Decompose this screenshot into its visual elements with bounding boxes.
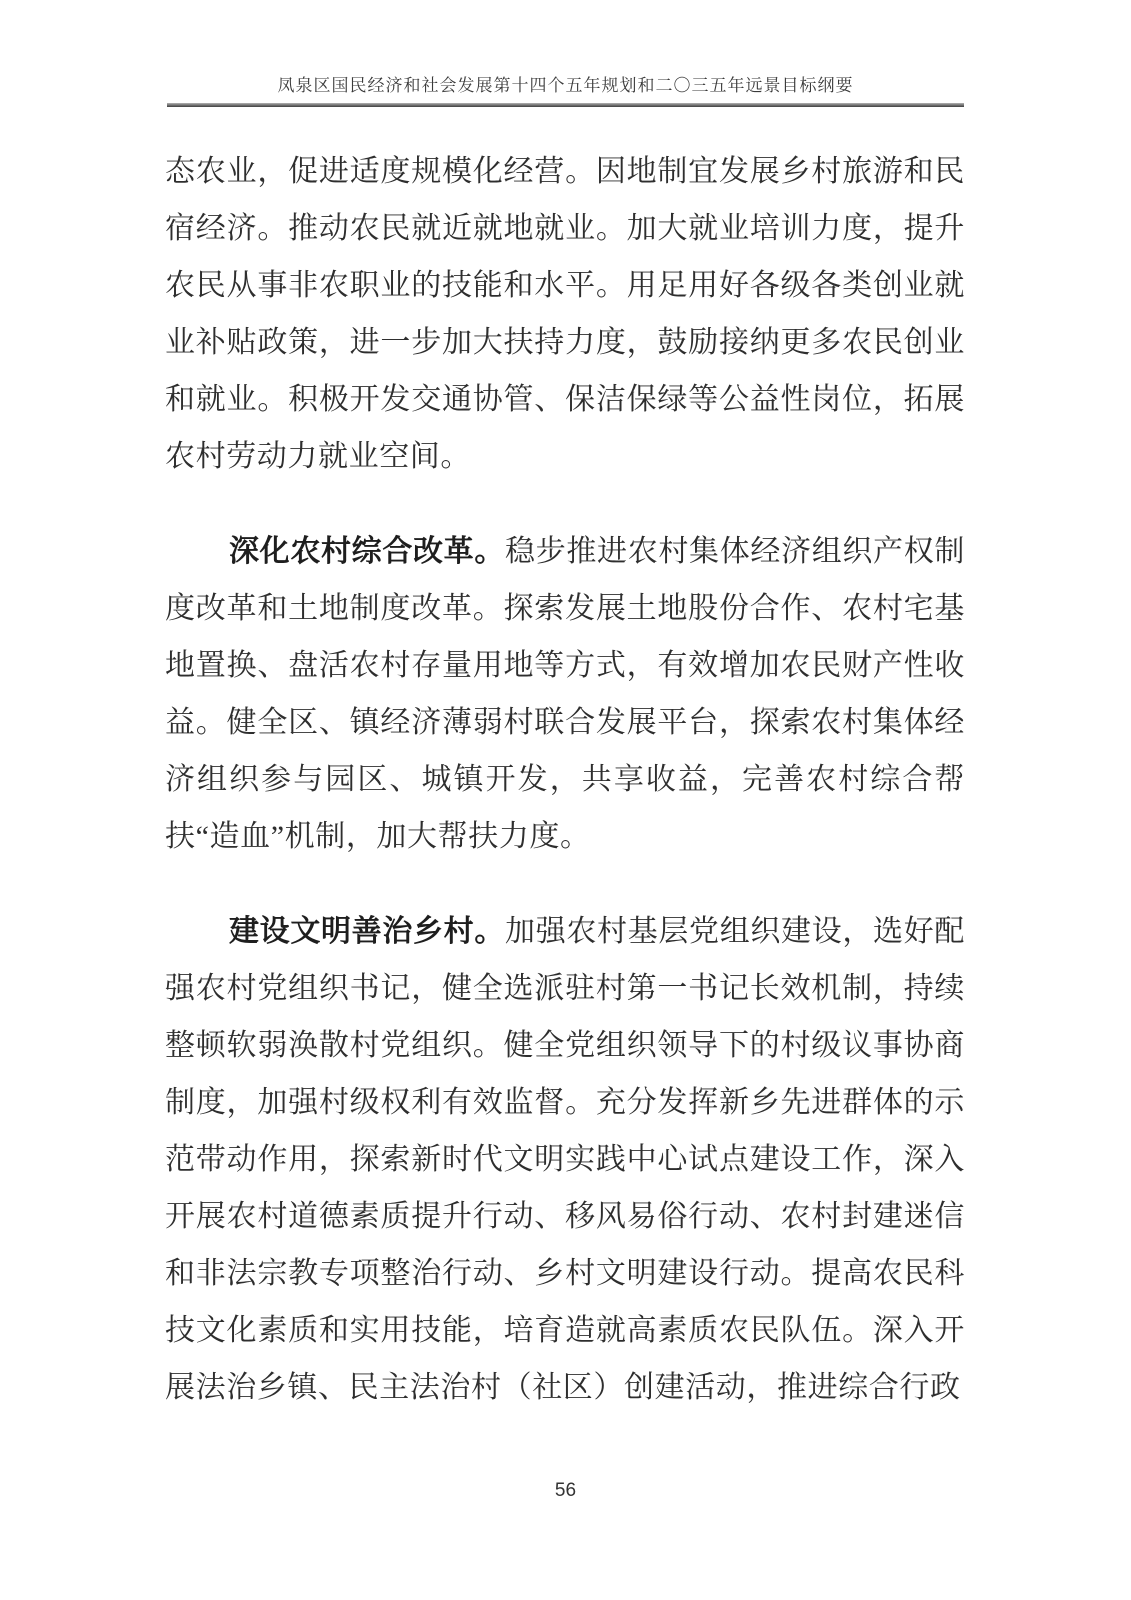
page-number: 56 bbox=[555, 1480, 576, 1501]
paragraph-lead: 深化农村综合改革。 bbox=[229, 535, 505, 568]
page-header: 凤泉区国民经济和社会发展第十四个五年规划和二〇三五年远景目标纲要 bbox=[0, 0, 1131, 107]
paragraph-continuation: 态农业，促进适度规模化经营。因地制宜发展乡村旅游和民宿经济。推动农民就近就地就业… bbox=[165, 143, 965, 485]
header-title: 凤泉区国民经济和社会发展第十四个五年规划和二〇三五年远景目标纲要 bbox=[0, 74, 1131, 98]
paragraph-rural-reform: 深化农村综合改革。稳步推进农村集体经济组织产权制度改革和土地制度改革。探索发展土… bbox=[165, 523, 965, 865]
document-page: 凤泉区国民经济和社会发展第十四个五年规划和二〇三五年远景目标纲要 态农业，促进适… bbox=[0, 0, 1131, 1600]
paragraph-text: 态农业，促进适度规模化经营。因地制宜发展乡村旅游和民宿经济。推动农民就近就地就业… bbox=[165, 155, 965, 473]
paragraph-lead: 建设文明善治乡村。 bbox=[229, 915, 505, 948]
paragraph-text: 加强农村基层党组织建设，选好配强农村党组织书记，健全选派驻村第一书记长效机制，持… bbox=[165, 915, 965, 1404]
document-body: 态农业，促进适度规模化经营。因地制宜发展乡村旅游和民宿经济。推动农民就近就地就业… bbox=[165, 143, 965, 1416]
header-rule bbox=[167, 103, 964, 107]
paragraph-text: 稳步推进农村集体经济组织产权制度改革和土地制度改革。探索发展土地股份合作、农村宅… bbox=[165, 535, 965, 853]
page-footer: 56 bbox=[0, 1480, 1131, 1502]
paragraph-civilized-villages: 建设文明善治乡村。加强农村基层党组织建设，选好配强农村党组织书记，健全选派驻村第… bbox=[165, 903, 965, 1416]
